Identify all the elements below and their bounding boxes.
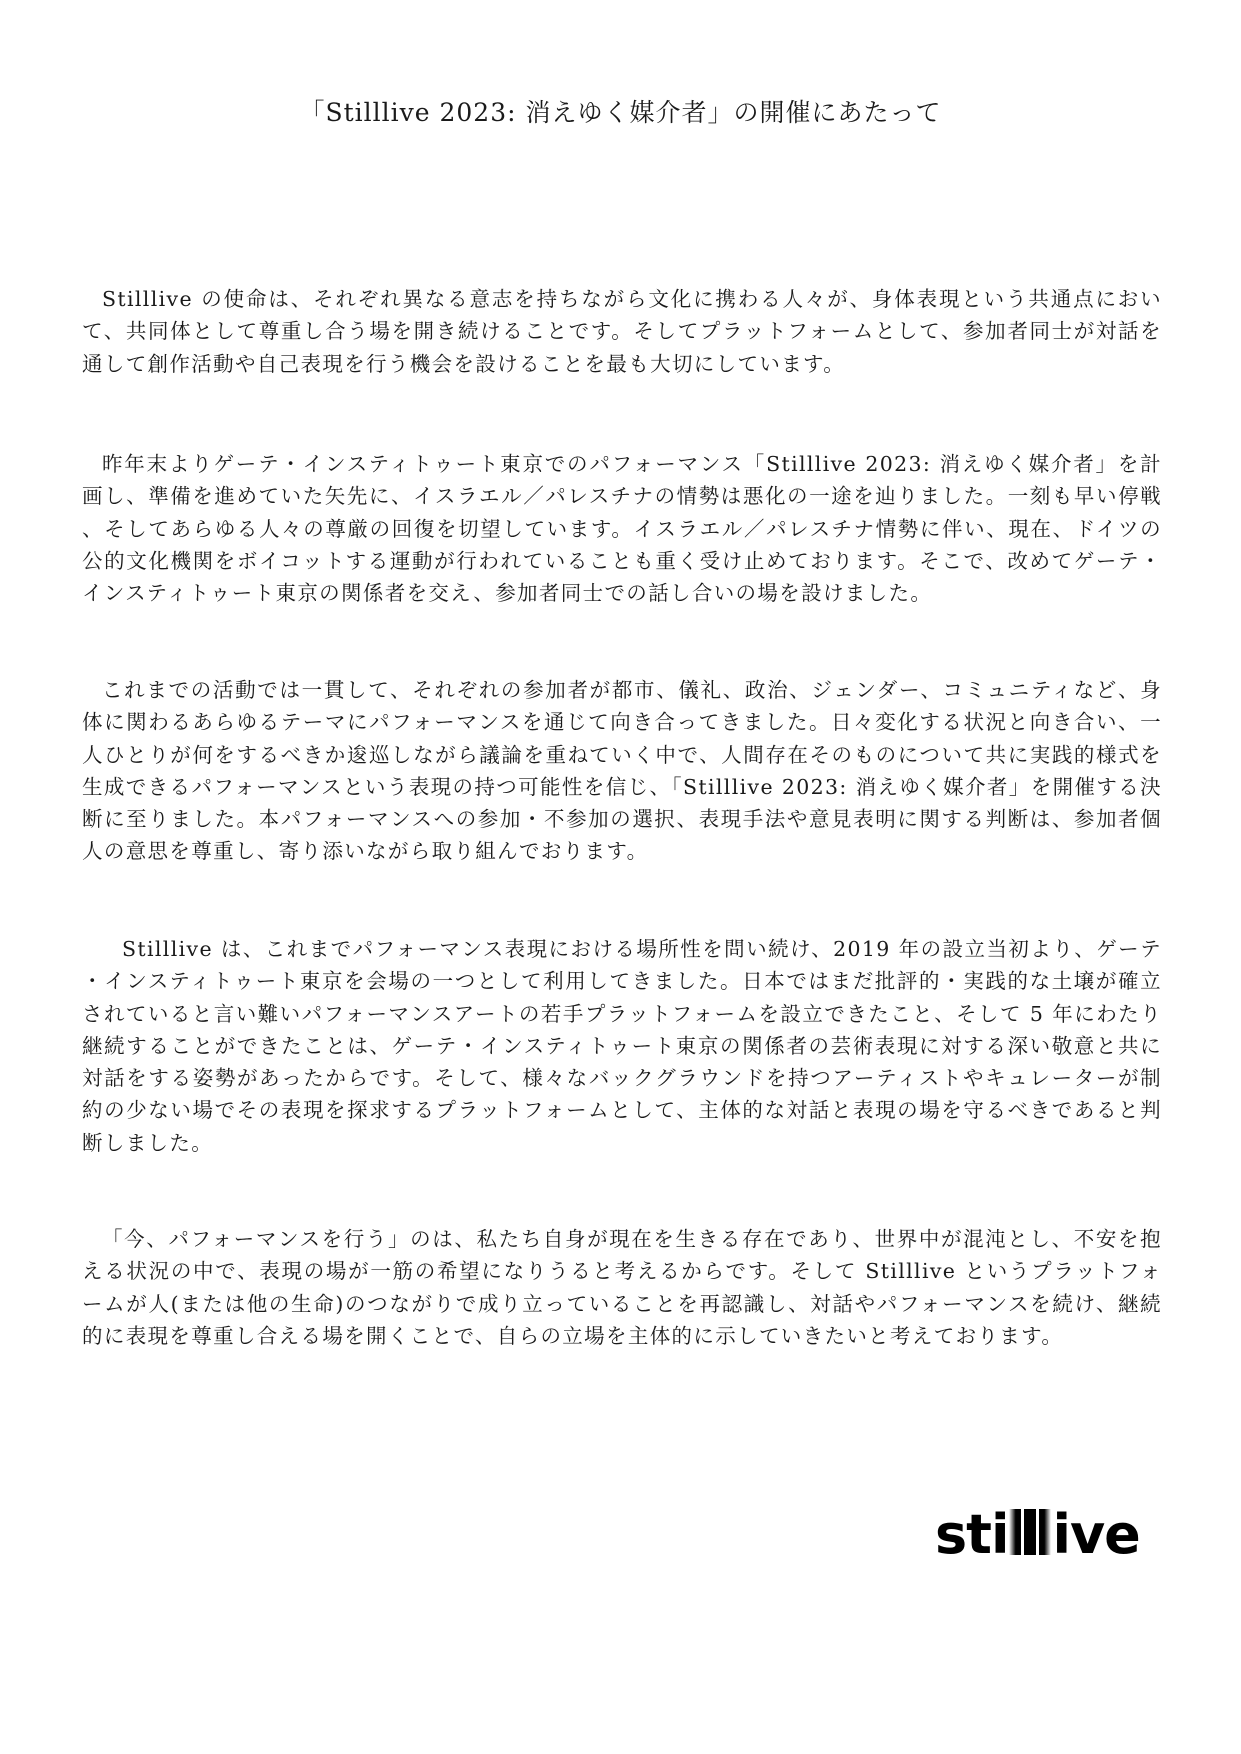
logo-blurred-l-bars-icon bbox=[1009, 1509, 1051, 1555]
logo-suffix: ive bbox=[1052, 1505, 1139, 1565]
paragraph-background: 昨年末よりゲーテ・インスティトゥート東京でのパフォーマンス「Stilllive … bbox=[82, 448, 1162, 609]
logo-bar-right bbox=[1039, 1509, 1051, 1555]
paragraph-conclusion: 「今、パフォーマンスを行う」のは、私たち自身が現在を生きる存在であり、世界中が混… bbox=[82, 1223, 1162, 1352]
stilllive-logo: sti ive bbox=[935, 1505, 1140, 1565]
logo-bar-left bbox=[1009, 1509, 1021, 1555]
paragraph-mission: Stilllive の使命は、それぞれ異なる意志を持ちながら文化に携わる人々が、… bbox=[82, 283, 1162, 380]
paragraph-activities: これまでの活動では一貫して、それぞれの参加者が都市、儀礼、政治、ジェンダー、コミ… bbox=[82, 674, 1162, 868]
logo-bar-middle bbox=[1024, 1509, 1036, 1555]
paragraph-history: Stilllive は、これまでパフォーマンス表現における場所性を問い続け、20… bbox=[82, 933, 1162, 1159]
logo-prefix: sti bbox=[935, 1505, 1008, 1565]
page-title: 「Stilllive 2023: 消えゆく媒介者」の開催にあたって bbox=[0, 93, 1241, 133]
